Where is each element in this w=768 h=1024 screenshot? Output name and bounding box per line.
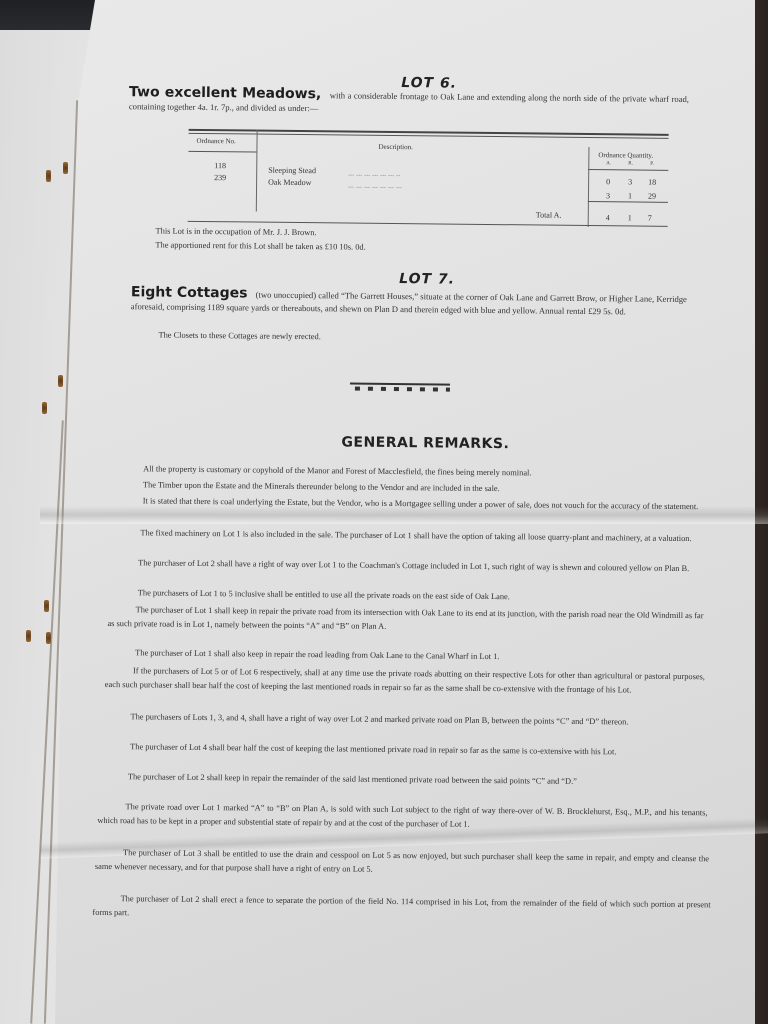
- lot7-lead: Eight Cottages (two unoccupied) called “…: [131, 286, 687, 319]
- row-r: 1: [628, 191, 632, 200]
- staple-icon: [58, 375, 63, 387]
- row-description: Oak Meadow: [268, 178, 311, 187]
- total-a: 4: [606, 213, 610, 222]
- staple-icon: [46, 632, 51, 644]
- row-ordnance-no: 239: [214, 173, 226, 182]
- remark-paragraph: The purchaser of Lot 2 shall erect a fen…: [92, 892, 710, 925]
- header-p: P.: [650, 162, 654, 167]
- header-r: R.: [628, 161, 633, 166]
- staple-icon: [46, 170, 51, 182]
- remark-paragraph: The purchaser of Lot 3 shall be entitled…: [95, 846, 709, 879]
- remark-paragraph: The purchaser of Lot 1 shall keep in rep…: [107, 603, 703, 636]
- row-leaders: ... ... ... ... ... ... ..: [348, 169, 400, 179]
- row-description: Sleeping Stead: [268, 166, 316, 175]
- row-leaders: ... ... ... ... ... ... ...: [348, 181, 402, 191]
- header-a: A.: [606, 161, 611, 166]
- lot6-title: Two excellent Meadows,: [129, 84, 321, 102]
- ornamental-divider: [350, 383, 450, 394]
- staple-icon: [42, 402, 47, 414]
- general-remarks-title: GENERAL REMARKS.: [105, 432, 745, 455]
- header-quantity: Ordnance Quantity.: [598, 151, 653, 160]
- total-r: 1: [628, 213, 632, 222]
- row-r: 3: [628, 177, 632, 186]
- row-ordnance-no: 118: [214, 161, 226, 170]
- staple-icon: [63, 162, 68, 174]
- row-p: 18: [648, 178, 656, 187]
- total-label: Total A.: [536, 210, 562, 219]
- document-content: LOT 6. Two excellent Meadows, with a con…: [99, 0, 750, 1024]
- remark-paragraph: The private road over Lot 1 marked “A” t…: [97, 800, 707, 833]
- lot6-lead: Two excellent Meadows, with a considerab…: [129, 86, 689, 119]
- remark-paragraph: The purchasers of Lot 1 to 5 inclusive s…: [110, 586, 702, 606]
- row-a: 0: [606, 177, 610, 186]
- remark-paragraph: The purchaser of Lot 4 shall bear half t…: [102, 740, 706, 760]
- row-p: 29: [648, 192, 656, 201]
- row-a: 3: [606, 191, 610, 200]
- remark-paragraph: If the purchasers of Lot 5 or of Lot 6 r…: [105, 664, 705, 697]
- header-description: Description.: [378, 143, 413, 151]
- lot7-closets: The Closets to these Cottages are newly …: [130, 328, 686, 347]
- remark-paragraph: The purchaser of Lot 2 shall keep in rep…: [100, 770, 706, 790]
- remark-paragraph: The fixed machinery on Lot 1 is also inc…: [112, 526, 700, 546]
- staple-icon: [26, 630, 31, 642]
- lot6-schedule-table: Ordnance No. Description. Ordnance Quant…: [188, 129, 669, 234]
- lot7-title: Eight Cottages: [131, 284, 248, 301]
- staple-icon: [44, 600, 49, 612]
- total-p: 7: [648, 214, 652, 223]
- header-ordnance-no: Ordnance No.: [196, 137, 235, 145]
- remark-paragraph: The purchaser of Lot 1 shall also keep i…: [107, 646, 703, 666]
- remark-paragraph: It is stated that there is coal underlyi…: [115, 494, 700, 514]
- remark-paragraph: The purchaser of Lot 2 shall have a righ…: [110, 556, 702, 576]
- remark-paragraph: The purchasers of Lots 1, 3, and 4, shal…: [102, 710, 704, 730]
